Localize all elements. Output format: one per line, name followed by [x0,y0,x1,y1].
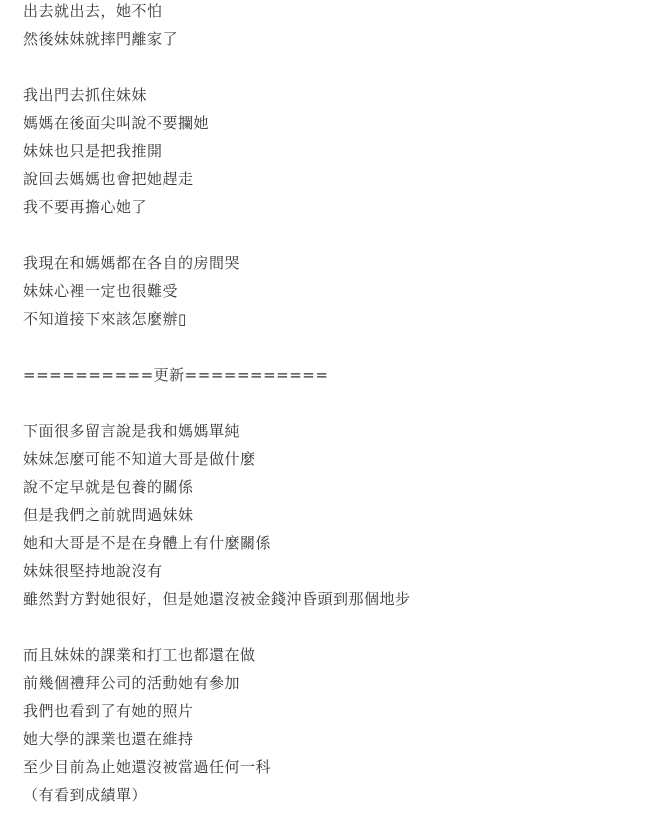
text-line: 出去就出去，她不怕 [23,0,667,25]
text-line: 我不要再擔心她了 [23,193,667,221]
text-line: 雖然對方對她很好，但是她還沒被金錢沖昏頭到那個地步 [23,585,667,613]
text-line: 她大學的課業也還在維持 [23,725,667,753]
text-line: 我出門去抓住妹妹 [23,81,667,109]
text-line: 下面很多留言說是我和媽媽單純 [23,417,667,445]
text-line: 媽媽在後面尖叫說不要攔她 [23,109,667,137]
paragraph-spacer [23,389,667,417]
paragraph-spacer [23,53,667,81]
text-line: 說回去媽媽也會把她趕走 [23,165,667,193]
text-line: 但是我們之前就問過妹妹 [23,501,667,529]
text-line: 妹妹很堅持地說沒有 [23,557,667,585]
text-line: 前幾個禮拜公司的活動她有參加 [23,669,667,697]
text-line: 妹妹心裡一定也很難受 [23,277,667,305]
text-line: （有看到成績單） [23,781,667,809]
text-line: 妹妹怎麼可能不知道大哥是做什麼 [23,445,667,473]
paragraph-spacer [23,221,667,249]
text-line: 而且妹妹的課業和打工也都還在做 [23,641,667,669]
paragraph-spacer [23,613,667,641]
text-line: 她和大哥是不是在身體上有什麼關係 [23,529,667,557]
text-line: 然後妹妹就摔門離家了 [23,25,667,53]
text-line: 妹妹也只是把我推開 [23,137,667,165]
article-body: 出去就出去，她不怕 然後妹妹就摔門離家了 我出門去抓住妹妹 媽媽在後面尖叫說不要… [0,0,667,809]
text-line: 至少目前為止她還沒被當過任何一科 [23,753,667,781]
text-line: 不知道接下來該怎麼辦▯ [23,305,667,333]
paragraph-spacer [23,333,667,361]
text-line: 我們也看到了有她的照片 [23,697,667,725]
text-line: 我現在和媽媽都在各自的房間哭 [23,249,667,277]
update-divider: ==========更新=========== [23,361,667,389]
text-line: 說不定早就是包養的關係 [23,473,667,501]
